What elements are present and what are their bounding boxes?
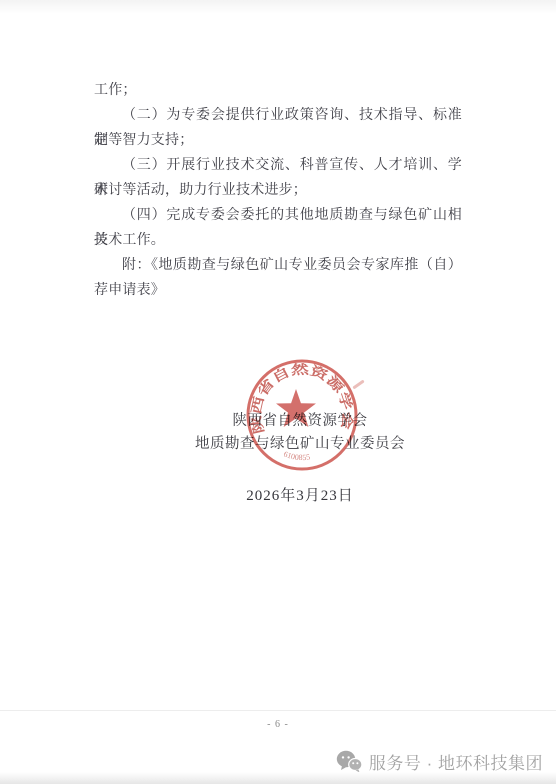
document-body: 工作； （二）为专委会提供行业政策咨询、技术指导、标准制 定等智力支持； （三）… — [94, 78, 462, 303]
channel-watermark: 服务号 · 地环科技集团 — [336, 748, 543, 774]
page-number: - 6 - — [0, 719, 556, 730]
official-seal-stamp: 陕西省自然资源学会 6100855 — [244, 357, 362, 475]
body-text-line: 荐申请表》 — [94, 278, 462, 303]
body-text-line: （四）完成专委会委托的其他地质勘查与绿色矿山相关 — [94, 203, 462, 228]
body-text-line: 附：《地质勘查与绿色矿山专业委员会专家库推（自） — [94, 253, 462, 278]
scan-bottom-edge — [0, 772, 556, 784]
body-text-line: 定等智力支持； — [94, 128, 462, 153]
document-date: 2026年3月23日 — [130, 484, 470, 505]
scan-fold-line — [0, 710, 556, 711]
wechat-service-icon — [336, 750, 363, 773]
body-text-line: 技术工作。 — [94, 228, 462, 253]
document-page: 工作； （二）为专委会提供行业政策咨询、技术指导、标准制 定等智力支持； （三）… — [0, 0, 556, 784]
seal-star-icon — [276, 389, 316, 427]
seal-code: 6100855 — [282, 449, 311, 462]
seal-arc-text: 陕西省自然资源学会 — [248, 362, 355, 436]
body-text-line: （二）为专委会提供行业政策咨询、技术指导、标准制 — [94, 103, 462, 128]
body-text-line: （三）开展行业技术交流、科普宣传、人才培训、学术 — [94, 153, 462, 178]
body-text-line: 工作； — [94, 78, 462, 103]
scan-top-edge — [0, 0, 556, 14]
body-text-line: 研讨等活动，助力行业技术进步； — [94, 178, 462, 203]
watermark-label: 服务号 · 地环科技集团 — [369, 749, 543, 774]
